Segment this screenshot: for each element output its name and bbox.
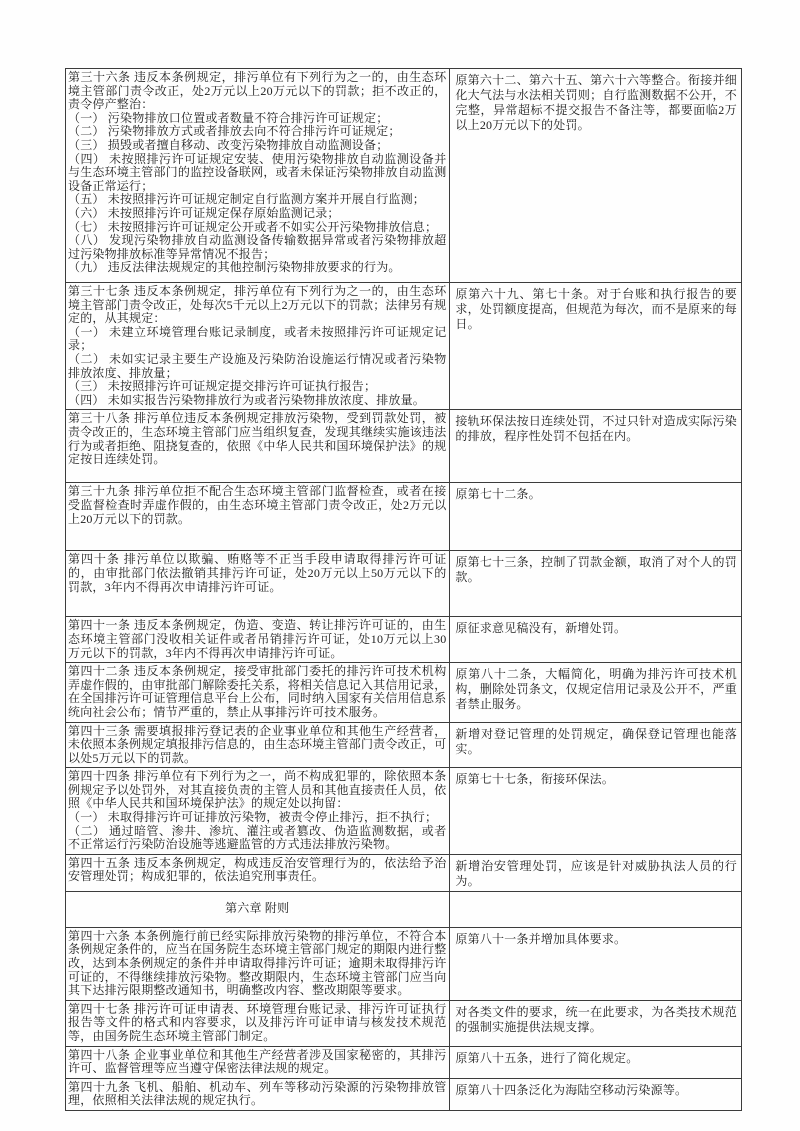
table-row: 第四十条 排污单位以欺骗、贿赂等不正当手段申请取得排污许可证的，由审批部门依法撤… bbox=[66, 550, 741, 616]
article-text-37: 第三十七条 违反本条例规定，排污单位有下列行为之一的，由生态环境主管部门责令改正… bbox=[66, 283, 450, 409]
table-row: 第四十二条 违反本条例规定，接受审批部门委托的排污许可技术机构弄虚作假的，由审批… bbox=[66, 662, 741, 721]
table-row: 第四十四条 排污单位有下列行为之一，尚不构成犯罪的，除依照本条例规定予以处罚外，… bbox=[66, 767, 741, 854]
note-text-46: 原第八十一条并增加具体要求。 bbox=[450, 928, 741, 1000]
note-text-41: 原征求意见稿没有，新增处罚。 bbox=[450, 617, 741, 662]
document-page: 第三十六条 违反本条例规定，排污单位有下列行为之一的，由生态环境主管部门责令改正… bbox=[0, 0, 800, 1131]
article-text-40: 第四十条 排污单位以欺骗、贿赂等不正当手段申请取得排污许可证的，由审批部门依法撤… bbox=[66, 551, 450, 616]
table-row: 第四十五条 违反本条例规定，构成违反治安管理行为的，依法给予治安管理处罚；构成犯… bbox=[66, 854, 741, 891]
article-text-46: 第四十六条 本条例施行前已经实际排放污染物的排污单位，不符合本条例规定条件的，应… bbox=[66, 928, 450, 1000]
table-row: 第三十八条 排污单位违反本条例规定排放污染物，受到罚款处罚，被责令改正的，生态环… bbox=[66, 409, 741, 482]
table-row: 第三十七条 违反本条例规定，排污单位有下列行为之一的，由生态环境主管部门责令改正… bbox=[66, 282, 741, 409]
table-row: 第四十三条 需要填报排污登记表的企业事业单位和其他生产经营者，未依照本条例规定填… bbox=[66, 722, 741, 768]
article-text-44: 第四十四条 排污单位有下列行为之一，尚不构成犯罪的，除依照本条例规定予以处罚外，… bbox=[66, 768, 450, 854]
chapter-heading: 第六章 附则 bbox=[66, 892, 450, 927]
table-row: 第四十六条 本条例施行前已经实际排放污染物的排污单位，不符合本条例规定条件的，应… bbox=[66, 927, 741, 1000]
article-text-38: 第三十八条 排污单位违反本条例规定排放污染物，受到罚款处罚，被责令改正的，生态环… bbox=[66, 410, 450, 482]
chapter-note-empty bbox=[450, 892, 741, 927]
note-text-38: 接轨环保法按日连续处罚，不过只针对造成实际污染的排放，程序性处罚不包括在内。 bbox=[450, 410, 741, 482]
article-text-47: 第四十七条 排污许可证申请表、环境管理台账记录、排污许可证执行报告等文件的格式和… bbox=[66, 1001, 450, 1046]
note-text-48: 原第八十五条，进行了简化规定。 bbox=[450, 1047, 741, 1078]
note-text-47: 对各类文件的要求，统一在此要求，为各类技术规范的强制实施提供法规支撑。 bbox=[450, 1001, 741, 1046]
article-text-48: 第四十八条 企业事业单位和其他生产经营者涉及国家秘密的，其排污许可、监督管理等应… bbox=[66, 1047, 450, 1078]
note-text-37: 原第六十九、第七十条。对于台账和执行报告的要求，处罚额度提高，但规范为每次，而不… bbox=[450, 283, 741, 409]
table-row: 第四十七条 排污许可证申请表、环境管理台账记录、排污许可证执行报告等文件的格式和… bbox=[66, 1000, 741, 1046]
article-text-43: 第四十三条 需要填报排污登记表的企业事业单位和其他生产经营者，未依照本条例规定填… bbox=[66, 723, 450, 768]
table-row: 第三十九条 排污单位拒不配合生态环境主管部门监督检查，或者在接受监督检查时弄虚作… bbox=[66, 482, 741, 550]
note-text-40: 原第七十三条，控制了罚款金额，取消了对个人的罚款。 bbox=[450, 551, 741, 616]
article-text-42: 第四十二条 违反本条例规定，接受审批部门委托的排污许可技术机构弄虚作假的，由审批… bbox=[66, 663, 450, 721]
table-row: 第三十六条 违反本条例规定，排污单位有下列行为之一的，由生态环境主管部门责令改正… bbox=[66, 69, 741, 282]
note-text-44: 原第七十七条，衔接环保法。 bbox=[450, 768, 741, 854]
table-row: 第四十一条 违反本条例规定，伪造、变造、转让排污许可证的，由生态环境主管部门没收… bbox=[66, 616, 741, 662]
note-text-49: 原第八十四条泛化为海陆空移动污染源等。 bbox=[450, 1079, 741, 1110]
note-text-42: 原第八十二条，大幅简化，明确为排污许可技术机构，删除处罚条文，仅规定信用记录及公… bbox=[450, 663, 741, 721]
regulation-comparison-table: 第三十六条 违反本条例规定，排污单位有下列行为之一的，由生态环境主管部门责令改正… bbox=[65, 68, 742, 1111]
table-row: 第四十九条 飞机、船舶、机动车、列车等移动污染源的污染物排放管理，依照相关法律法… bbox=[66, 1078, 741, 1110]
article-text-36: 第三十六条 违反本条例规定，排污单位有下列行为之一的，由生态环境主管部门责令改正… bbox=[66, 69, 450, 282]
note-text-45: 新增治安管理处罚，应该是针对威胁执法人员的行为。 bbox=[450, 855, 741, 891]
note-text-43: 新增对登记管理的处罚规定，确保登记管理也能落实。 bbox=[450, 723, 741, 768]
table-row: 第四十八条 企业事业单位和其他生产经营者涉及国家秘密的，其排污许可、监督管理等应… bbox=[66, 1046, 741, 1078]
chapter-heading-row: 第六章 附则 bbox=[66, 891, 741, 927]
article-text-39: 第三十九条 排污单位拒不配合生态环境主管部门监督检查，或者在接受监督检查时弄虚作… bbox=[66, 483, 450, 550]
note-text-36: 原第六十二、第六十五、第六十六等整合。衔接并细化大气法与水法相关罚则；自行监测数… bbox=[450, 69, 741, 282]
article-text-49: 第四十九条 飞机、船舶、机动车、列车等移动污染源的污染物排放管理，依照相关法律法… bbox=[66, 1079, 450, 1110]
article-text-45: 第四十五条 违反本条例规定，构成违反治安管理行为的，依法给予治安管理处罚；构成犯… bbox=[66, 855, 450, 891]
note-text-39: 原第七十二条。 bbox=[450, 483, 741, 550]
article-text-41: 第四十一条 违反本条例规定，伪造、变造、转让排污许可证的，由生态环境主管部门没收… bbox=[66, 617, 450, 662]
